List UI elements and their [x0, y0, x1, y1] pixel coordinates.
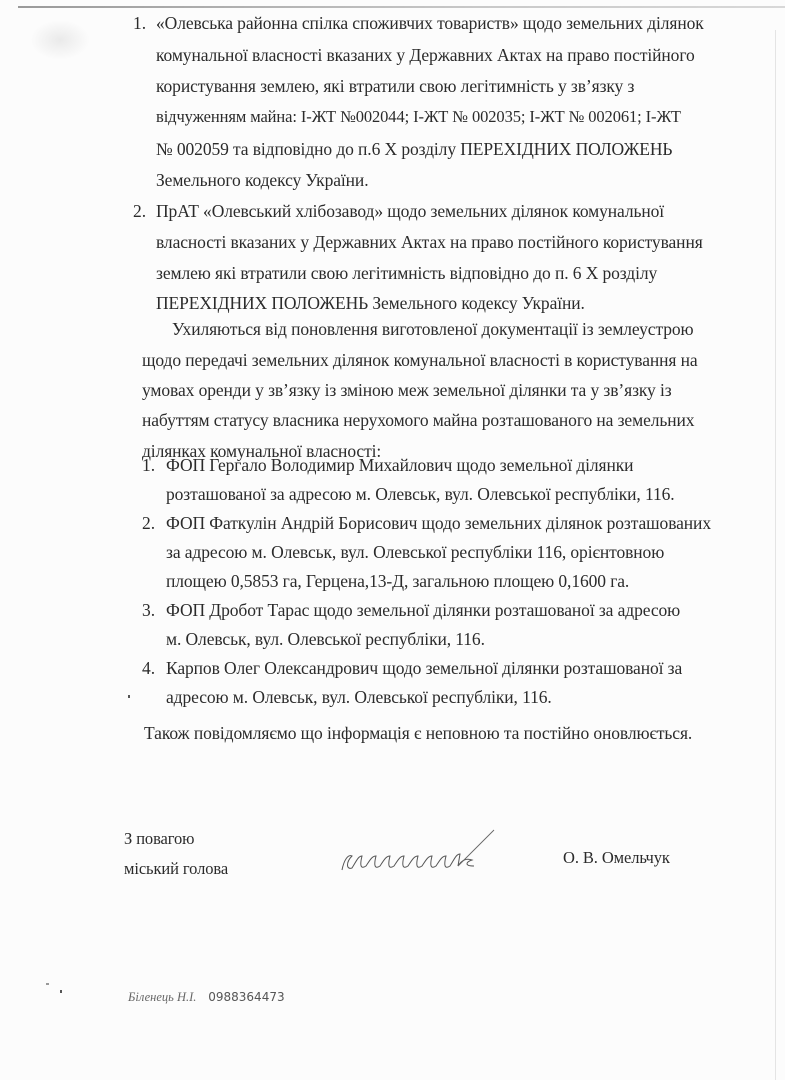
- list-2-item-2-line-2: за адресою м. Олевськ, вул. Олевської ре…: [166, 539, 664, 565]
- paragraph-line-3: умовах оренди у зв’язку із зміною меж зе…: [142, 377, 672, 403]
- list-2-item-1-line-1: ФОП Гергало Володимир Михайлович щодо зе…: [166, 452, 633, 478]
- paragraph-line-1: Ухиляються від поновлення виготовленої д…: [172, 316, 694, 342]
- list-2-item-1-number: 1.: [142, 452, 155, 478]
- list-1-item-1-line-2: комунальної власності вказаних у Державн…: [156, 42, 695, 68]
- list-2-item-1-line-2: розташованої за адресою м. Олевськ, вул.…: [166, 481, 675, 507]
- signer-name: О. В. Омельчук: [563, 845, 670, 871]
- list-2-item-3-number: 3.: [142, 597, 155, 623]
- list-2-item-2-line-3: площею 0,5853 га, Герцена,13-Д, загально…: [166, 568, 629, 594]
- scan-speck: [60, 990, 62, 993]
- handwritten-signature: [338, 826, 508, 876]
- list-1-item-1-line-6: Земельного кодексу України.: [156, 167, 368, 193]
- list-2-item-2-number: 2.: [142, 510, 155, 536]
- list-1-item-1-line-4: відчуженням майна: І-ЖТ №002044; І-ЖТ № …: [156, 104, 681, 130]
- list-1-item-1-line-1: «Олевська районна спілка споживчих товар…: [156, 10, 704, 36]
- regards-text: З повагою: [124, 826, 194, 852]
- list-1-item-1-line-5: № 002059 та відповідно до п.6 Х розділу …: [156, 136, 672, 162]
- list-2-item-2-line-1: ФОП Фаткулін Андрій Борисович щодо земел…: [166, 510, 711, 536]
- page-right-edge: [775, 30, 776, 1080]
- executor-phone: 0988364473: [208, 990, 284, 1004]
- list-1-item-1-number: 1.: [133, 10, 146, 36]
- scanned-page: 1. «Олевська районна спілка споживчих то…: [0, 0, 785, 1080]
- list-2-item-4-line-1: Карпов Олег Олександрович щодо земельної…: [166, 655, 682, 681]
- list-2-item-4-number: 4.: [142, 655, 155, 681]
- paragraph-line-2: щодо передачі земельних ділянок комуналь…: [142, 347, 698, 373]
- page-top-edge: [18, 6, 785, 8]
- list-1-item-2-line-3: землею які втратили свою легітимність ві…: [156, 260, 657, 286]
- page-crease-mark: [30, 20, 90, 60]
- paragraph-line-4: набуттям статусу власника нерухомого май…: [142, 407, 694, 433]
- closing-note: Також повідомляємо що інформація є непов…: [144, 720, 692, 746]
- list-2-item-4-line-2: адресою м. Олевськ, вул. Олевської респу…: [166, 684, 552, 710]
- list-1-item-2-number: 2.: [133, 198, 146, 224]
- list-2-item-3-line-1: ФОП Дробот Тарас щодо земельної ділянки …: [166, 597, 680, 623]
- scan-speck: [46, 983, 49, 985]
- list-1-item-1-line-3: користування землею, які втратили свою л…: [156, 73, 634, 99]
- list-1-item-2-line-1: ПрАТ «Олевський хлібозавод» щодо земельн…: [156, 198, 664, 224]
- position-text: міський голова: [124, 856, 228, 882]
- list-1-item-2-line-2: власності вказаних у Державних Актах на …: [156, 229, 703, 255]
- executor-name: Біленець Н.І.: [128, 990, 196, 1004]
- scan-speck: [128, 695, 130, 698]
- list-2-item-3-line-2: м. Олевськ, вул. Олевської республіки, 1…: [166, 626, 485, 652]
- executor-footer: Біленець Н.І. 0988364473: [128, 990, 285, 1005]
- list-1-item-2-line-4: ПЕРЕХІДНИХ ПОЛОЖЕНЬ Земельного кодексу У…: [156, 290, 585, 316]
